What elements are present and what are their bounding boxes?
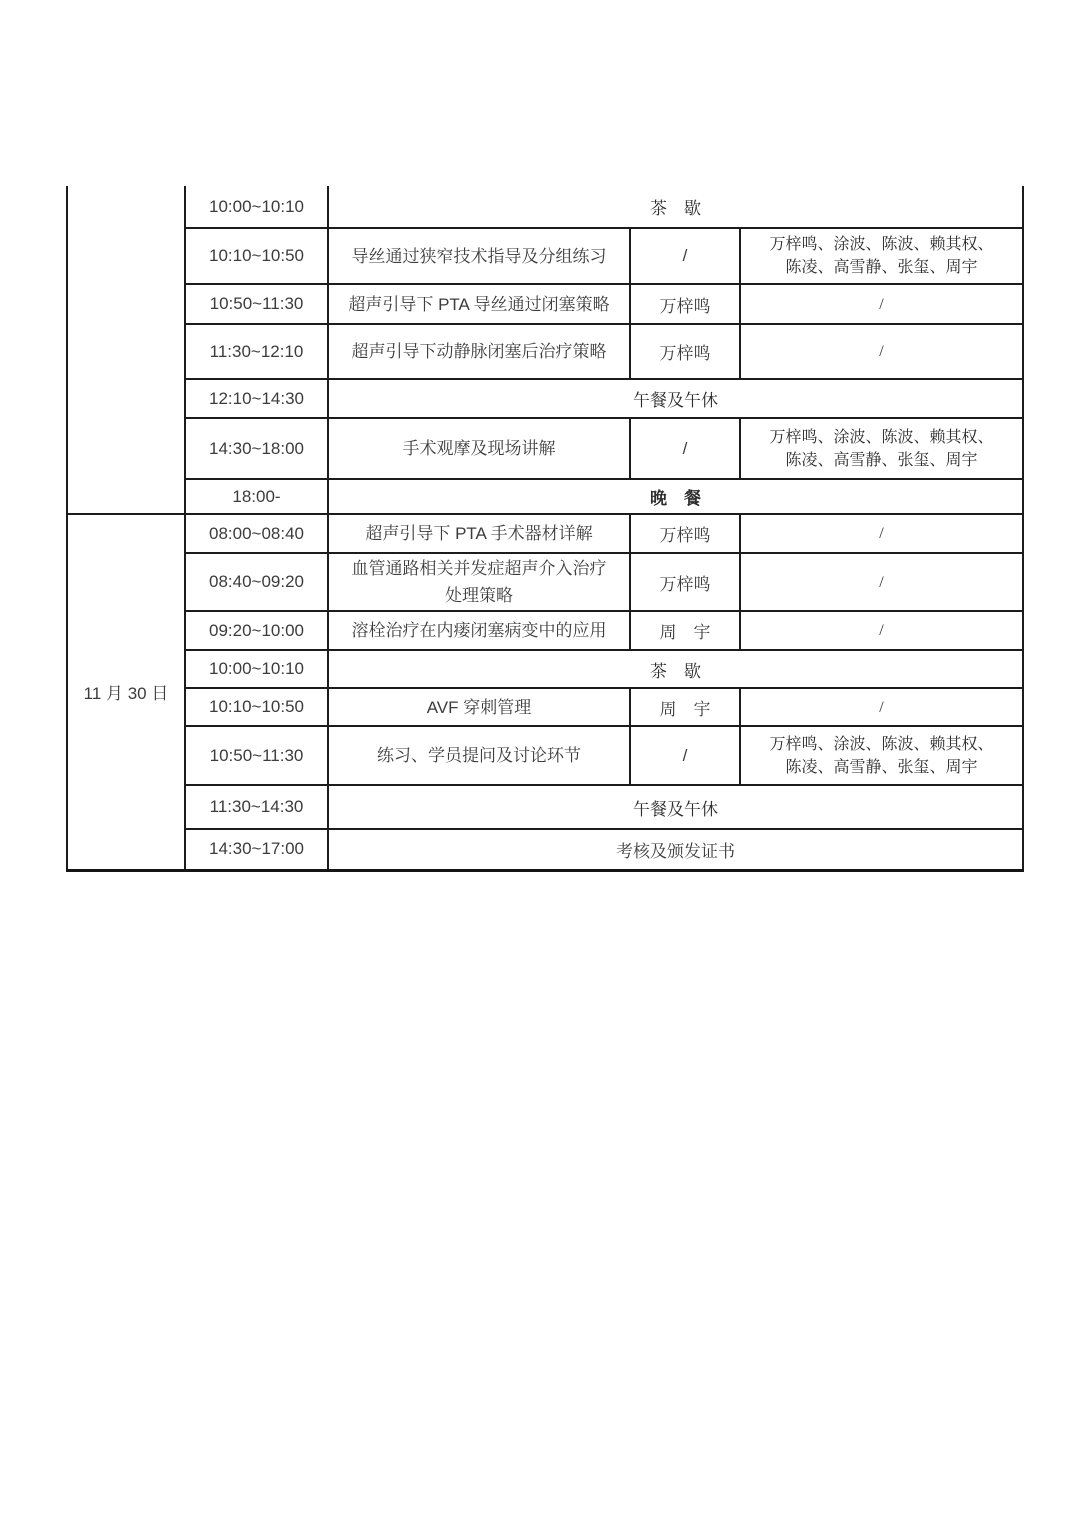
date-cell-day2: 11 月 30 日 xyxy=(67,514,185,870)
speaker-cell: / xyxy=(630,228,740,284)
tea-break-label-cell: 茶 歇 xyxy=(328,650,1023,688)
time-cell: 11:30~12:10 xyxy=(185,324,328,379)
time-cell: 08:00~08:40 xyxy=(185,514,328,553)
speaker-cell: 万梓鸣 xyxy=(630,284,740,324)
topic-cell: 超声引导下 PTA 手术器材详解 xyxy=(328,514,630,553)
assessment-label-cell: 考核及颁发证书 xyxy=(328,829,1023,870)
speaker-cell: 万梓鸣 xyxy=(630,553,740,611)
time-cell: 10:10~10:50 xyxy=(185,228,328,284)
assistants-line: 陈凌、高雪静、张玺、周宇 xyxy=(745,756,1018,779)
time-cell: 18:00- xyxy=(185,479,328,514)
assistants-cell: / xyxy=(740,553,1023,611)
lunch-break-label-cell: 午餐及午休 xyxy=(328,785,1023,829)
dinner-label-cell: 晚 餐 xyxy=(328,479,1023,514)
time-cell: 11:30~14:30 xyxy=(185,785,328,829)
topic-cell: 溶栓治疗在内瘘闭塞病变中的应用 xyxy=(328,611,630,650)
time-cell: 12:10~14:30 xyxy=(185,379,328,418)
time-cell: 10:00~10:10 xyxy=(185,650,328,688)
tea-break-label-cell: 茶 歇 xyxy=(328,186,1023,228)
time-cell: 14:30~18:00 xyxy=(185,418,328,479)
topic-cell: 超声引导下 PTA 导丝通过闭塞策略 xyxy=(328,284,630,324)
time-cell: 10:50~11:30 xyxy=(185,284,328,324)
assistants-cell: 万梓鸣、涂波、陈波、赖其权、 陈凌、高雪静、张玺、周宇 xyxy=(740,418,1023,479)
speaker-cell: 周 宇 xyxy=(630,688,740,726)
topic-line: 处理策略 xyxy=(333,582,625,609)
topic-cell: 手术观摩及现场讲解 xyxy=(328,418,630,479)
topic-cell: AVF 穿刺管理 xyxy=(328,688,630,726)
speaker-cell: 万梓鸣 xyxy=(630,514,740,553)
assistants-cell: / xyxy=(740,611,1023,650)
assistants-line: 陈凌、高雪静、张玺、周宇 xyxy=(745,256,1018,279)
assistants-cell: / xyxy=(740,688,1023,726)
date-cell-day1 xyxy=(67,186,185,514)
assistants-line: 陈凌、高雪静、张玺、周宇 xyxy=(745,449,1018,472)
speaker-cell: / xyxy=(630,726,740,785)
time-cell: 10:50~11:30 xyxy=(185,726,328,785)
assistants-cell: / xyxy=(740,324,1023,379)
lunch-break-label-cell: 午餐及午休 xyxy=(328,379,1023,418)
speaker-cell: 周 宇 xyxy=(630,611,740,650)
course-schedule-table: 10:00~10:10 茶 歇 10:10~10:50 导丝通过狭窄技术指导及分… xyxy=(66,186,1024,872)
topic-cell: 血管通路相关并发症超声介入治疗 处理策略 xyxy=(328,553,630,611)
assistants-cell: / xyxy=(740,514,1023,553)
time-cell: 08:40~09:20 xyxy=(185,553,328,611)
speaker-cell: / xyxy=(630,418,740,479)
assistants-cell: 万梓鸣、涂波、陈波、赖其权、 陈凌、高雪静、张玺、周宇 xyxy=(740,228,1023,284)
speaker-cell: 万梓鸣 xyxy=(630,324,740,379)
time-cell: 09:20~10:00 xyxy=(185,611,328,650)
document-page: 10:00~10:10 茶 歇 10:10~10:50 导丝通过狭窄技术指导及分… xyxy=(0,0,1080,1528)
assistants-cell: 万梓鸣、涂波、陈波、赖其权、 陈凌、高雪静、张玺、周宇 xyxy=(740,726,1023,785)
assistants-line: 万梓鸣、涂波、陈波、赖其权、 xyxy=(745,233,1018,256)
topic-line: 血管通路相关并发症超声介入治疗 xyxy=(333,555,625,582)
time-cell: 14:30~17:00 xyxy=(185,829,328,870)
assistants-line: 万梓鸣、涂波、陈波、赖其权、 xyxy=(745,733,1018,756)
assistants-cell: / xyxy=(740,284,1023,324)
topic-cell: 导丝通过狭窄技术指导及分组练习 xyxy=(328,228,630,284)
topic-cell: 超声引导下动静脉闭塞后治疗策略 xyxy=(328,324,630,379)
time-cell: 10:10~10:50 xyxy=(185,688,328,726)
assistants-line: 万梓鸣、涂波、陈波、赖其权、 xyxy=(745,426,1018,449)
topic-cell: 练习、学员提问及讨论环节 xyxy=(328,726,630,785)
time-cell: 10:00~10:10 xyxy=(185,186,328,228)
